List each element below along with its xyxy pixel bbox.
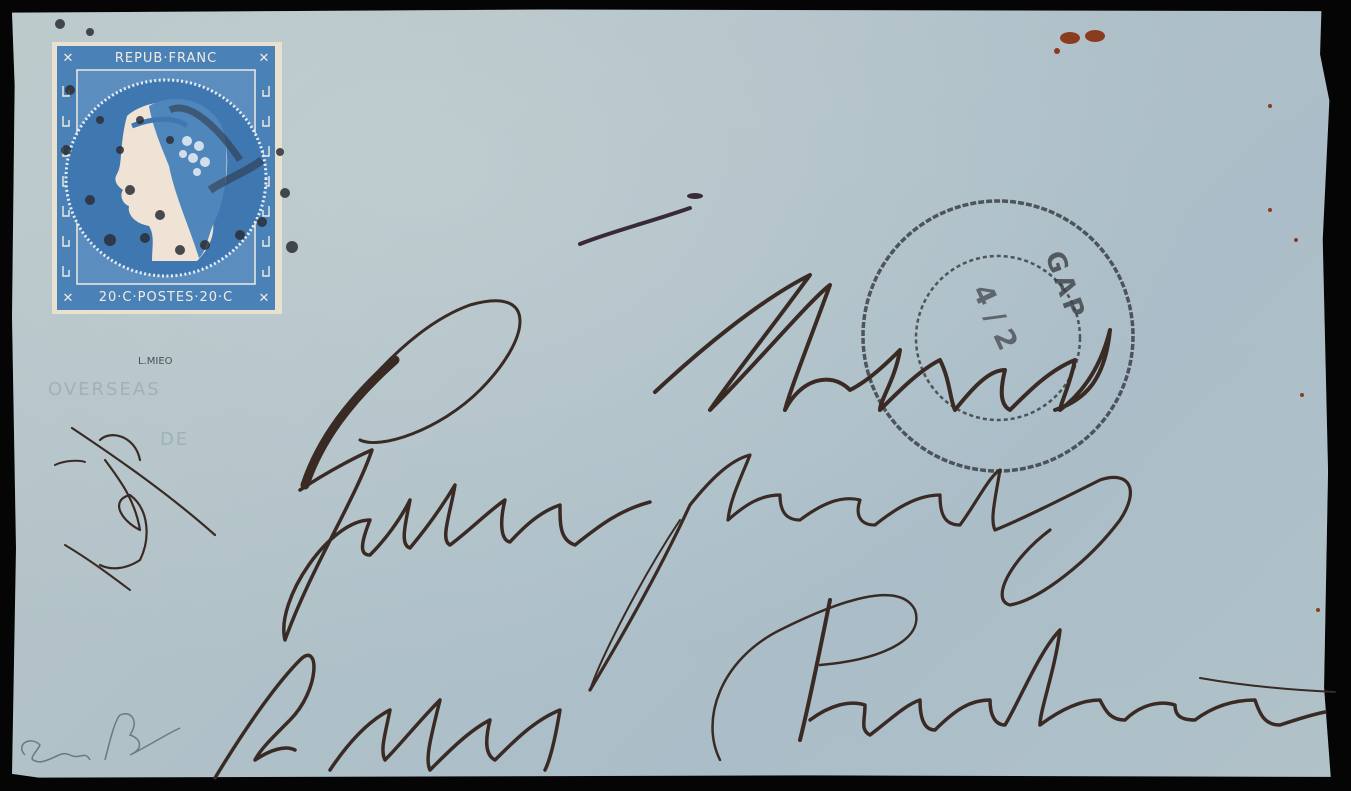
handwritten-address xyxy=(55,275,1335,778)
pencil-signature xyxy=(22,714,180,762)
pen-mark xyxy=(580,208,690,244)
faded-text-line-2: DE xyxy=(160,429,189,450)
postmark-town: GAP xyxy=(1038,247,1091,325)
rust-stain xyxy=(1054,30,1320,612)
small-label: L.MIEO xyxy=(138,356,173,367)
faded-text-line-1: OVERSEAS xyxy=(48,379,161,400)
scene-background: ✕ ✕ ✕ ✕ REPUB·FRANC 20·C·POSTES·20·C xyxy=(0,0,1351,791)
postmark-date: 4 / 2 xyxy=(966,279,1025,355)
dotted-lozenge-cancel-icon xyxy=(55,19,298,255)
